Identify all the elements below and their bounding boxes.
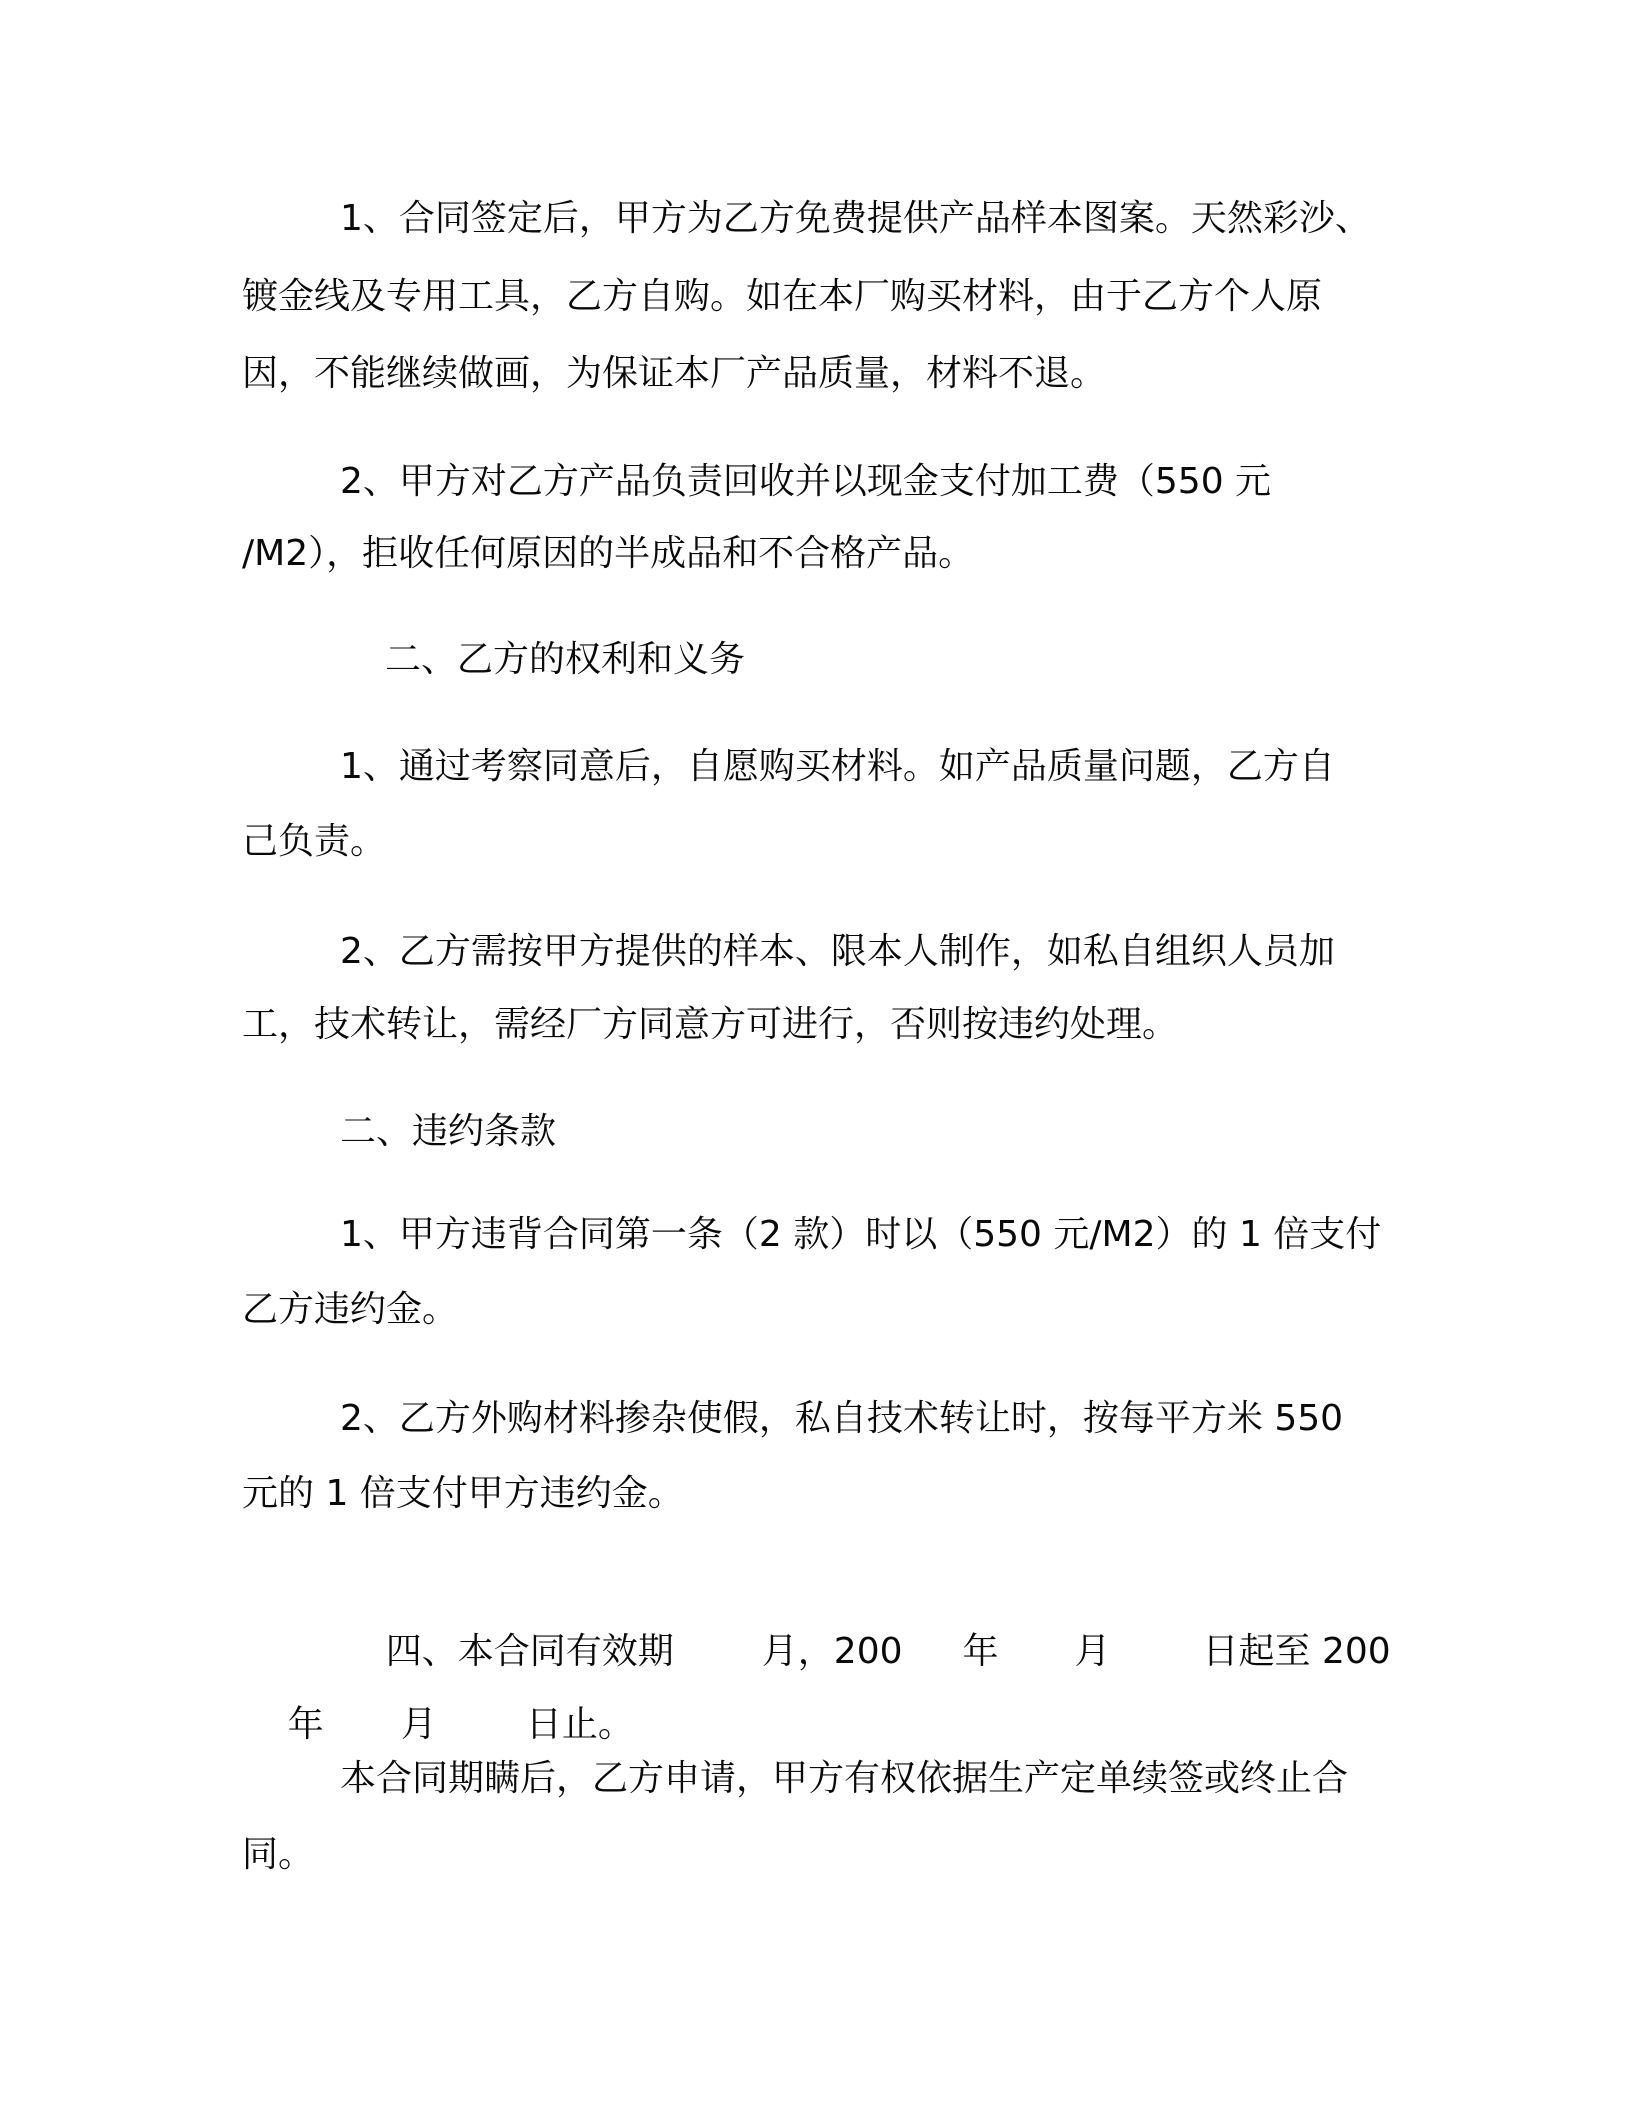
validity-period-line-1: 四、本合同有效期月，200年月日起至 200 <box>340 1580 1391 1628</box>
end-month-label: 月 <box>401 1701 437 1749</box>
end-day-label: 日止。 <box>526 1701 634 1749</box>
end-year-label: 年 <box>288 1701 324 1749</box>
start-year-label: 年 <box>963 1628 999 1676</box>
section-heading-party-b-rights: 二、乙方的权利和义务 <box>385 636 745 684</box>
clause-2-line-1: 2、甲方对乙方产品负责回收并以现金支付加工费（550 元 <box>340 458 1271 506</box>
breach-clause-1-line-2: 乙方违约金。 <box>242 1286 458 1334</box>
breach-clause-1-line-1: 1、甲方违背合同第一条（2 款）时以（550 元/M2）的 1 倍支付 <box>340 1211 1381 1259</box>
clause-1-line-3: 因，不能继续做画，为保证本厂产品质量，材料不退。 <box>242 350 1106 398</box>
renewal-clause-line-1: 本合同期瞒后，乙方申请，甲方有权依据生产定单续签或终止合 <box>340 1755 1348 1803</box>
party-b-clause-1-line-1: 1、通过考察同意后，自愿购买材料。如产品质量问题，乙方自 <box>340 743 1335 791</box>
renewal-clause-line-2: 同。 <box>242 1831 314 1879</box>
start-month-label: 月 <box>1075 1628 1111 1676</box>
section-heading-breach-terms: 二、违约条款 <box>340 1108 556 1156</box>
party-b-clause-2-line-1: 2、乙方需按甲方提供的样本、限本人制作，如私自组织人员加 <box>340 928 1335 976</box>
breach-clause-2-line-1: 2、乙方外购材料掺杂使假，私自技术转让时，按每平方米 550 <box>340 1395 1343 1443</box>
clause-1-line-1: 1、合同签定后，甲方为乙方免费提供产品样本图案。天然彩沙、 <box>340 195 1371 243</box>
party-b-clause-1-line-2: 己负责。 <box>242 818 386 866</box>
clause-2-line-2: /M2），拒收任何原因的半成品和不合格产品。 <box>242 530 974 578</box>
document-page: 1、合同签定后，甲方为乙方免费提供产品样本图案。天然彩沙、 镀金线及专用工具，乙… <box>0 0 1632 2112</box>
validity-period-line-2: 年月日止。 <box>242 1653 634 1701</box>
party-b-clause-2-line-2: 工，技术转让，需经厂方同意方可进行，否则按违约处理。 <box>242 1001 1178 1049</box>
month-start-year-prefix: 月，200 <box>762 1628 903 1676</box>
breach-clause-2-line-2: 元的 1 倍支付甲方违约金。 <box>242 1470 684 1518</box>
start-day-end-year-prefix: 日起至 200 <box>1203 1628 1391 1676</box>
clause-1-line-2: 镀金线及专用工具，乙方自购。如在本厂购买材料，由于乙方个人原 <box>242 273 1322 321</box>
